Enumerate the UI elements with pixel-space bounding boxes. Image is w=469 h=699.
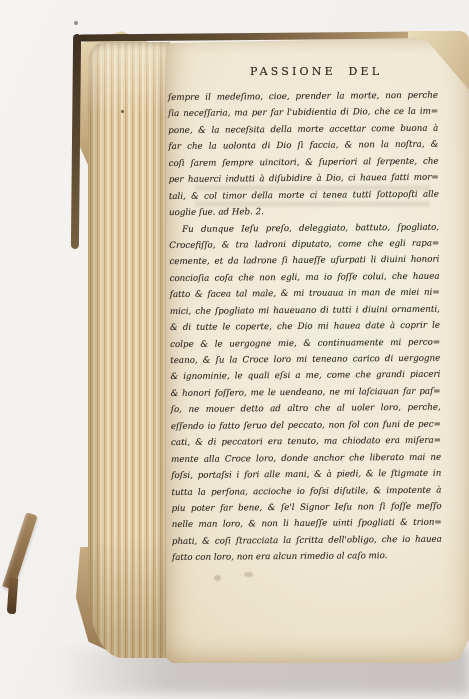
text-line: tali, & col timor della morte ci tenea t… xyxy=(169,186,439,205)
text-line: fatto con loro, non era alcun rimedio al… xyxy=(172,548,442,567)
leather-strap-tip xyxy=(7,578,18,615)
text-line: far che la uolonta di Dio ſi faccia, & n… xyxy=(168,137,438,156)
book-left-edge xyxy=(71,34,81,249)
text-line: ſo, ne mouer detto ad altro che al uoler… xyxy=(171,400,441,419)
book-photo: PASSIONE DEL ſempre il medeſimo, cioe, p… xyxy=(0,0,469,699)
text-line: per hauerci indutti à diſubidire à Dio, … xyxy=(169,170,439,189)
text-line: phati, & coſi ſtracciata la ſcritta dell… xyxy=(172,531,442,550)
ink-smudge xyxy=(214,575,221,581)
text-line: cati, & di peccatori era tenuto, ma chio… xyxy=(171,433,441,452)
text-line: foſsi, portaſsi i fori alle mani, & à pi… xyxy=(171,466,441,485)
text-line: & di tutte le coperte, che Dio mi hauea … xyxy=(170,318,440,337)
text-line: fatto & facea tal male, & mi trouaua in … xyxy=(170,285,440,304)
leather-strap xyxy=(2,512,38,590)
fore-edge-pages xyxy=(88,42,170,658)
dust-speck xyxy=(74,21,78,25)
running-header: PASSIONE DEL xyxy=(250,65,382,79)
dust-speck xyxy=(121,110,124,113)
text-block: ſempre il medeſimo, cioe, prender la mor… xyxy=(168,88,442,567)
ink-smudge xyxy=(244,572,253,577)
